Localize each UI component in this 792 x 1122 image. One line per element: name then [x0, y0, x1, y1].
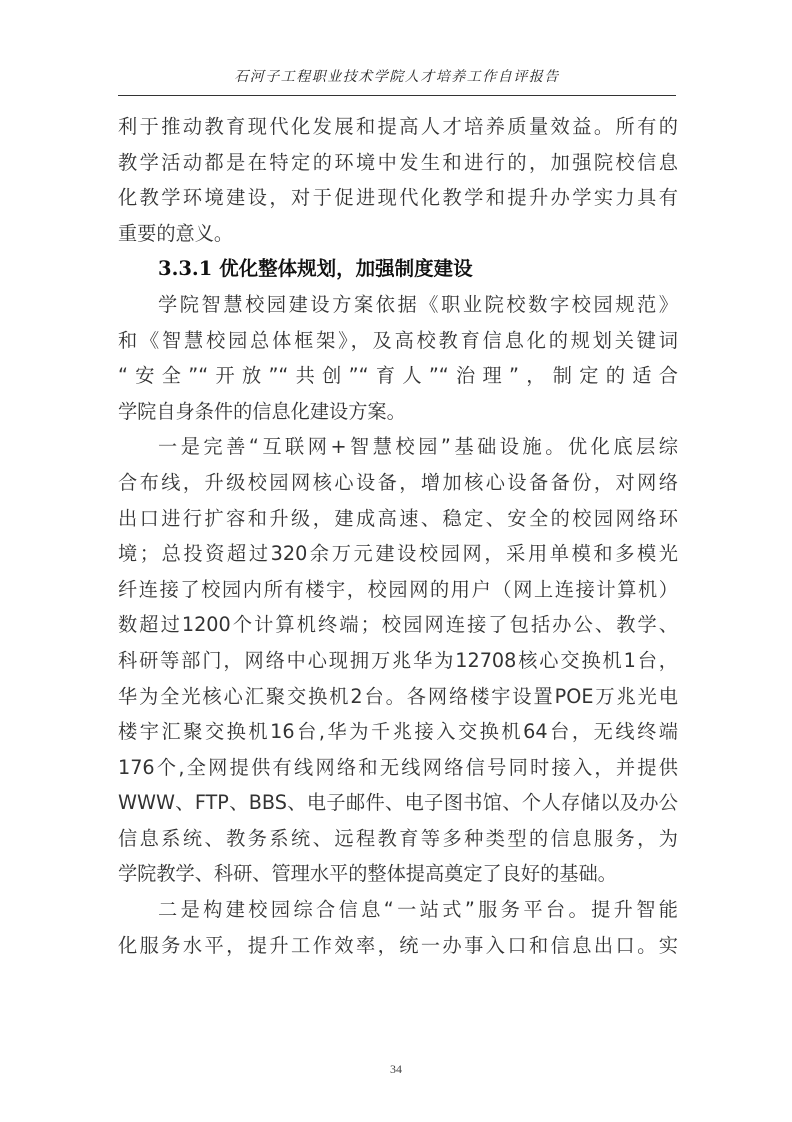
text-line: 出口进行扩容和升级，建成高速、稳定、安全的校园网络环 — [118, 501, 678, 537]
text-line: 学院教学、科研、管理水平的整体提高奠定了良好的基础。 — [118, 856, 678, 892]
document-page: 石河子工程职业技术学院人才培养工作自评报告 利于推动教育现代化发展和提高人才培养… — [0, 0, 792, 1122]
text-line: 楼宇汇聚交换机16台,华为千兆接入交换机64台，无线终端 — [118, 714, 678, 750]
text-line: 境；总投资超过320余万元建设校园网，采用单模和多模光 — [118, 536, 678, 572]
text-line: 176个,全网提供有线网络和无线网络信号同时接入，并提供 — [118, 750, 678, 786]
paragraph-planning-basis: 学院智慧校园建设方案依据《职业院校数字校园规范》 和《智慧校园总体框架》，及高校… — [118, 287, 678, 429]
text-line: 数超过1200个计算机终端；校园网连接了包括办公、教学、 — [118, 607, 678, 643]
text-line: 教学活动都是在特定的环境中发生和进行的，加强院校信息 — [118, 145, 678, 181]
document-body: 利于推动教育现代化发展和提高人才培养质量效益。所有的 教学活动都是在特定的环境中… — [118, 109, 678, 963]
text-line: “安全”“开放”“共创”“育人”“治理”，制定的适合 — [118, 358, 678, 394]
running-header-title: 石河子工程职业技术学院人才培养工作自评报告 — [118, 66, 676, 86]
paragraph-intro-continuation: 利于推动教育现代化发展和提高人才培养质量效益。所有的 教学活动都是在特定的环境中… — [118, 109, 678, 251]
text-line: 学院自身条件的信息化建设方案。 — [118, 394, 678, 430]
text-line: 一是完善“互联网+智慧校园”基础设施。优化底层综 — [118, 429, 678, 465]
text-line: 华为全光核心汇聚交换机2台。各网络楼宇设置POE万兆光电 — [118, 679, 678, 715]
text-line: 化服务水平，提升工作效率，统一办事入口和信息出口。实 — [118, 928, 678, 964]
text-line: 科研等部门，网络中心现拥万兆华为12708核心交换机1台， — [118, 643, 678, 679]
text-line: 信息系统、教务系统、远程教育等多种类型的信息服务，为 — [118, 821, 678, 857]
text-line: 和《智慧校园总体框架》，及高校教育信息化的规划关键词 — [118, 323, 678, 359]
page-number: 34 — [0, 1062, 792, 1077]
text-line: 纤连接了校园内所有楼宇，校园网的用户（网上连接计算机） — [118, 572, 678, 608]
text-line: 利于推动教育现代化发展和提高人才培养质量效益。所有的 — [118, 109, 678, 145]
text-line: 学院智慧校园建设方案依据《职业院校数字校园规范》 — [118, 287, 678, 323]
header-rule-divider — [118, 95, 676, 96]
text-line: 合布线，升级校园网核心设备，增加核心设备备份，对网络 — [118, 465, 678, 501]
text-line: 二是构建校园综合信息“一站式”服务平台。提升智能 — [118, 892, 678, 928]
text-line: 化教学环境建设，对于促进现代化教学和提升办学实力具有 — [118, 180, 678, 216]
paragraph-service-platform: 二是构建校园综合信息“一站式”服务平台。提升智能 化服务水平，提升工作效率，统一… — [118, 892, 678, 963]
section-heading-3-3-1: 3.3.1 优化整体规划，加强制度建设 — [118, 251, 678, 287]
text-line: 重要的意义。 — [118, 216, 678, 252]
text-line: WWW、FTP、BBS、电子邮件、电子图书馆、个人存储以及办公 — [118, 785, 678, 821]
paragraph-infrastructure: 一是完善“互联网+智慧校园”基础设施。优化底层综 合布线，升级校园网核心设备，增… — [118, 429, 678, 892]
